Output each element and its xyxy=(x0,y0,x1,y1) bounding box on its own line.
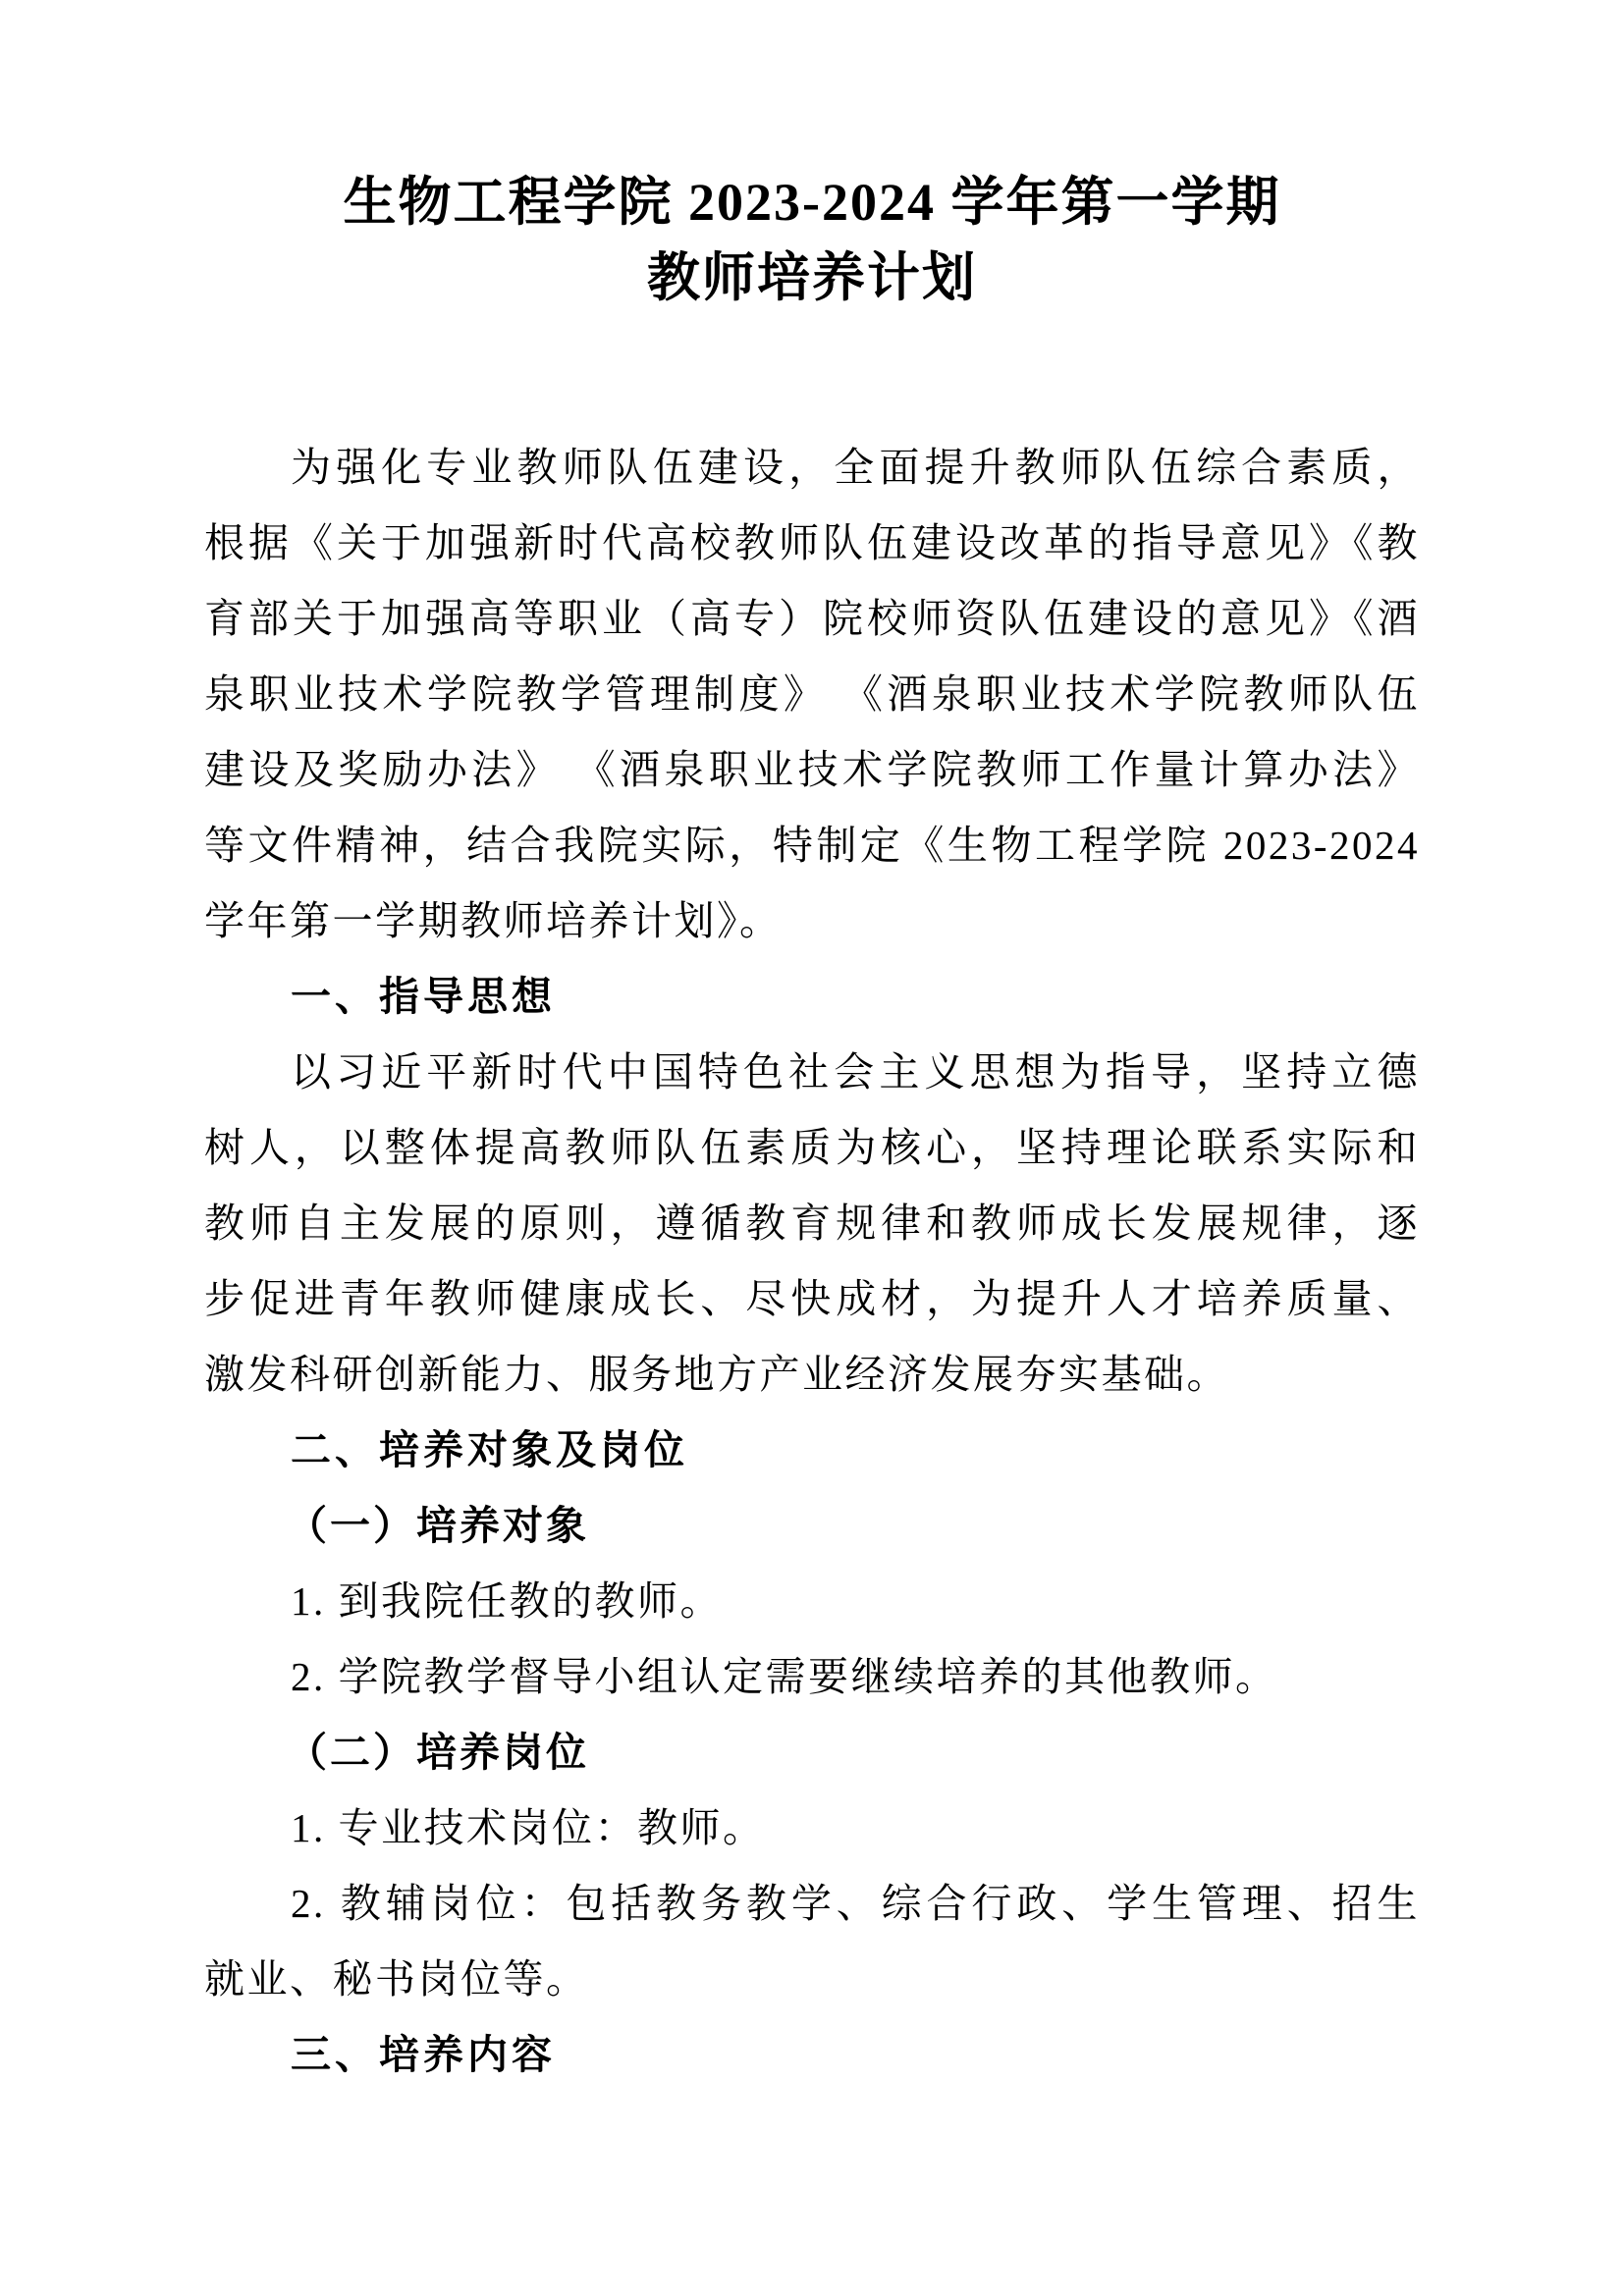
text-line: 树人，以整体提高教师队伍素质为核心，坚持理论联系实际和 xyxy=(204,1110,1420,1186)
subheading-line: （一）培养对象 xyxy=(204,1488,1420,1564)
document-title: 生物工程学院 2023-2024 学年第一学期 教师培养计划 xyxy=(0,0,1624,316)
text-line: 学年第一学期教师培养计划》。 xyxy=(204,883,1420,959)
heading-line: 二、培养对象及岗位 xyxy=(204,1413,1420,1488)
text-line: 育部关于加强高等职业（高专）院校师资队伍建设的意见》《酒 xyxy=(204,581,1420,657)
text-line: 泉职业技术学院教学管理制度》 《酒泉职业技术学院教师队伍 xyxy=(204,657,1420,732)
text-line: 为强化专业教师队伍建设，全面提升教师队伍综合素质， xyxy=(204,430,1420,506)
text-line: 就业、秘书岗位等。 xyxy=(204,1942,1420,2017)
list-item-line: 1. 到我院任教的教师。 xyxy=(204,1564,1420,1639)
text-line: 等文件精神，结合我院实际，特制定《生物工程学院 2023-2024 xyxy=(204,808,1420,883)
subheading-line: （二）培养岗位 xyxy=(204,1715,1420,1790)
title-line-1: 生物工程学院 2023-2024 学年第一学期 xyxy=(0,165,1624,240)
text-line: 以习近平新时代中国特色社会主义思想为指导，坚持立德 xyxy=(204,1035,1420,1110)
heading-line: 三、培养内容 xyxy=(204,2017,1420,2093)
list-item-line: 2. 教辅岗位：包括教务教学、综合行政、学生管理、招生 xyxy=(204,1866,1420,1942)
title-line-2: 教师培养计划 xyxy=(0,240,1624,316)
document-body: 为强化专业教师队伍建设，全面提升教师队伍综合素质， 根据《关于加强新时代高校教师… xyxy=(204,430,1420,2093)
text-line: 激发科研创新能力、服务地方产业经济发展夯实基础。 xyxy=(204,1337,1420,1413)
list-item-line: 1. 专业技术岗位：教师。 xyxy=(204,1790,1420,1866)
text-line: 教师自主发展的原则，遵循教育规律和教师成长发展规律，逐 xyxy=(204,1186,1420,1261)
text-line: 建设及奖励办法》 《酒泉职业技术学院教师工作量计算办法》 xyxy=(204,732,1420,808)
text-line: 步促进青年教师健康成长、尽快成材，为提升人才培养质量、 xyxy=(204,1261,1420,1337)
heading-line: 一、指导思想 xyxy=(204,959,1420,1035)
text-line: 根据《关于加强新时代高校教师队伍建设改革的指导意见》《教 xyxy=(204,506,1420,581)
document-page: 生物工程学院 2023-2024 学年第一学期 教师培养计划 为强化专业教师队伍… xyxy=(0,0,1624,2296)
list-item-line: 2. 学院教学督导小组认定需要继续培养的其他教师。 xyxy=(204,1639,1420,1715)
